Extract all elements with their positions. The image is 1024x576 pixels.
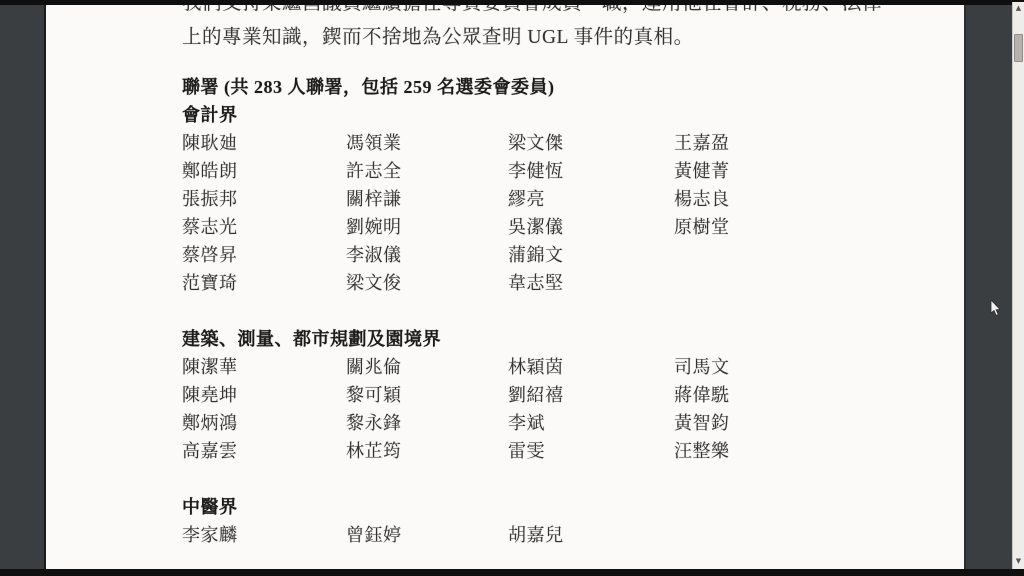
signatory-name: 陳堯坤	[182, 381, 346, 409]
scroll-up-icon: ▲	[1016, 4, 1021, 12]
bottom-letterbox-bar	[0, 569, 1024, 576]
signatory-name: 李健恆	[508, 157, 674, 185]
signatory-row: 陳潔華關兆倫林穎茵司馬文	[182, 353, 942, 381]
signatory-name: 馮領業	[346, 129, 508, 157]
signatory-name: 汪整樂	[674, 437, 942, 465]
signatory-row: 陳堯坤黎可穎劉紹禧蔣偉駪	[182, 381, 942, 409]
signatory-name: 李淑儀	[346, 241, 508, 269]
signatory-name	[674, 269, 942, 297]
signatory-name: 李家麟	[182, 521, 346, 549]
signatory-name: 關梓謙	[346, 185, 508, 213]
document-page: 我們支持梁繼昌議員繼續擔任專責委員會成員一職，運用他在會計、稅務、法律 上的專業…	[44, 5, 966, 569]
signatory-name: 王嘉盈	[674, 129, 942, 157]
signatory-name: 司馬文	[674, 353, 942, 381]
petition-heading: 聯署 (共 283 人聯署，包括 259 名選委會委員)	[182, 73, 942, 101]
signatory-name: 關兆倫	[346, 353, 508, 381]
signatory-row: 鄭炳鴻黎永鋒李斌黃智鈞	[182, 409, 942, 437]
scroll-down-icon: ▼	[1016, 557, 1021, 565]
signatory-name: 蔣偉駪	[674, 381, 942, 409]
statement-line-2: 上的專業知識，鍥而不捨地為公眾查明 UGL 事件的真相。	[182, 25, 942, 51]
signatory-name: 林穎茵	[508, 353, 674, 381]
signatory-name: 吳潔儀	[508, 213, 674, 241]
signatory-name: 黃智鈞	[674, 409, 942, 437]
scrollbar-thumb[interactable]	[1014, 34, 1023, 62]
signatory-row: 李家麟曾鈺婷胡嘉兒	[182, 521, 942, 549]
mouse-cursor-icon	[990, 300, 1002, 318]
signatory-name: 鄭皓朗	[182, 157, 346, 185]
signatory-name: 梁文俊	[346, 269, 508, 297]
signatory-name: 許志全	[346, 157, 508, 185]
signatory-name: 黃健菁	[674, 157, 942, 185]
signatory-row: 蔡志光劉婉明吳潔儀原樹堂	[182, 213, 942, 241]
signatory-name	[674, 241, 942, 269]
signatory-name: 林芷筠	[346, 437, 508, 465]
signatory-row: 陳耿廸馮領業梁文傑王嘉盈	[182, 129, 942, 157]
scrollbar-track[interactable]: ▲ ▼	[1012, 2, 1024, 569]
signatory-name	[674, 521, 942, 549]
signatory-name: 曾鈺婷	[346, 521, 508, 549]
signatory-name: 張振邦	[182, 185, 346, 213]
signatory-name: 韋志堅	[508, 269, 674, 297]
signatory-row: 高嘉雲林芷筠雷雯汪整樂	[182, 437, 942, 465]
signatory-row: 張振邦關梓謙繆亮楊志良	[182, 185, 942, 213]
signatory-name: 蔡志光	[182, 213, 346, 241]
signatory-name: 蔡啓昇	[182, 241, 346, 269]
signatory-name: 胡嘉兒	[508, 521, 674, 549]
signatory-name: 陳耿廸	[182, 129, 346, 157]
scroll-down-button[interactable]: ▼	[1013, 556, 1024, 567]
top-letterbox-bar	[0, 0, 1024, 5]
signatory-name: 劉婉明	[346, 213, 508, 241]
section-spacer	[182, 465, 942, 493]
section-spacer	[182, 297, 942, 325]
signatory-name: 楊志良	[674, 185, 942, 213]
signatory-name: 雷雯	[508, 437, 674, 465]
signatory-row: 蔡啓昇李淑儀蒲錦文	[182, 241, 942, 269]
section-title: 會計界	[182, 101, 942, 129]
signatory-row: 鄭皓朗許志全李健恆黃健菁	[182, 157, 942, 185]
signatory-name: 梁文傑	[508, 129, 674, 157]
signatory-name: 范寶琦	[182, 269, 346, 297]
signatory-name: 劉紹禧	[508, 381, 674, 409]
section-title: 中醫界	[182, 493, 942, 521]
statement-line-1: 我們支持梁繼昌議員繼續擔任專責委員會成員一職，運用他在會計、稅務、法律	[182, 5, 942, 17]
video-frame: 我們支持梁繼昌議員繼續擔任專責委員會成員一職，運用他在會計、稅務、法律 上的專業…	[0, 0, 1024, 576]
signatory-name: 蒲錦文	[508, 241, 674, 269]
signatory-name: 鄭炳鴻	[182, 409, 346, 437]
signatory-name: 黎永鋒	[346, 409, 508, 437]
signatory-name: 黎可穎	[346, 381, 508, 409]
signatory-name: 高嘉雲	[182, 437, 346, 465]
signatory-list: 聯署 (共 283 人聯署，包括 259 名選委會委員) 會計界陳耿廸馮領業梁文…	[182, 73, 942, 549]
signatory-name: 繆亮	[508, 185, 674, 213]
signatory-name: 原樹堂	[674, 213, 942, 241]
scroll-up-button[interactable]: ▲	[1013, 3, 1024, 14]
signatory-name: 陳潔華	[182, 353, 346, 381]
signatory-name: 李斌	[508, 409, 674, 437]
signatory-row: 范寶琦梁文俊韋志堅	[182, 269, 942, 297]
section-title: 建築、測量、都市規劃及園境界	[182, 325, 942, 353]
